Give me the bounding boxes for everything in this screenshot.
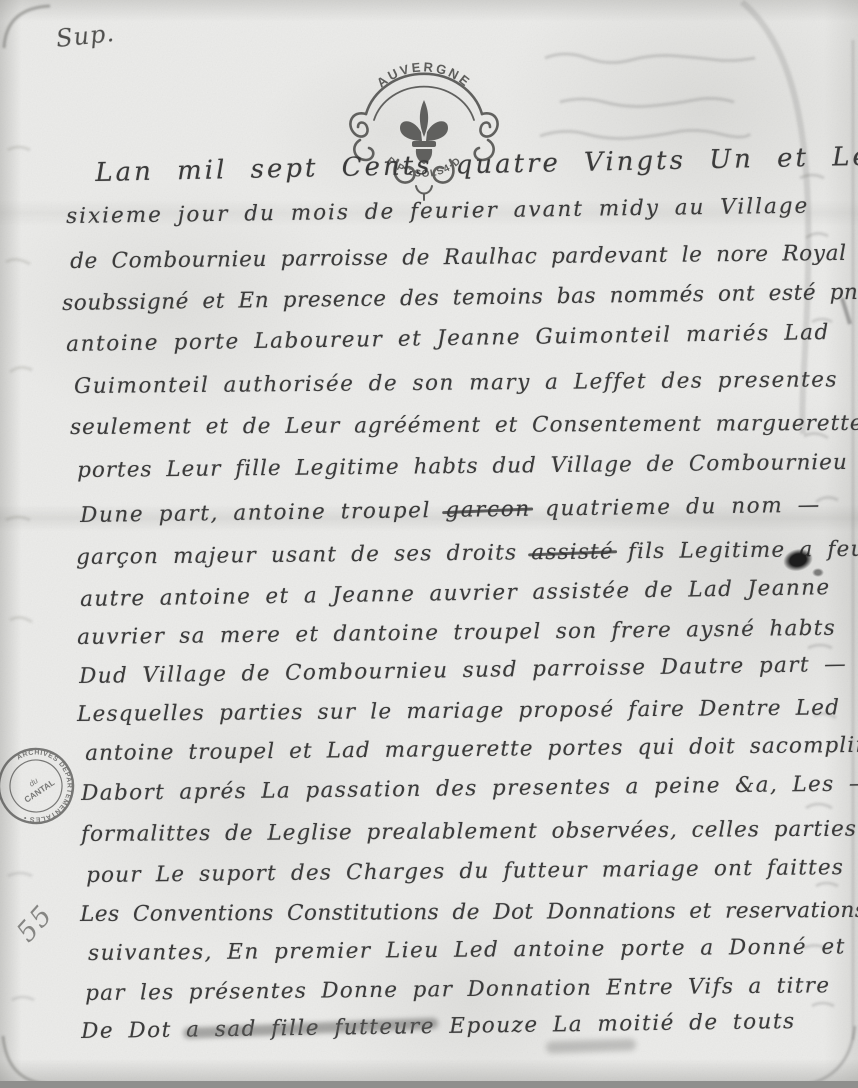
line-text: quatrieme du nom — <box>531 493 821 522</box>
manuscript-line: Dud Village de Combournieu susd parroiss… <box>79 652 847 689</box>
manuscript-line: formalittes de Leglise prealablement obs… <box>81 817 857 847</box>
margin-folio-number: 55 <box>11 899 60 948</box>
scan-edge-bar <box>0 1081 858 1088</box>
manuscript-line: antoine troupel et Lad marguerette porte… <box>85 733 858 766</box>
smudged-struck-phrase: a sad fille futteure <box>186 1014 435 1042</box>
bottom-shadow <box>0 1059 858 1081</box>
document-page: Sup. AUVERGNE <box>0 0 858 1088</box>
manuscript-line: Les Conventions Constitutions de Dot Don… <box>80 898 858 927</box>
manuscript-line: par les présentes Donne par Donnation En… <box>85 973 830 1006</box>
manuscript-line: De Dot a sad fille futteure Epouze La mo… <box>81 1009 796 1044</box>
manuscript-line: Guimonteil authorisée de son mary a Leff… <box>74 367 838 399</box>
manuscript-line: Dabort aprés La passation des presentes … <box>81 771 858 806</box>
manuscript-line: auvrier sa mere et dantoine troupel son … <box>77 616 836 650</box>
ink-blot <box>812 568 824 577</box>
struck-word: garcon <box>445 497 531 523</box>
line-text: fils Legitime a feu <box>614 537 858 565</box>
manuscript-line: autre antoine et a Jeanne auvrier assist… <box>80 575 831 612</box>
manuscript-line: antoine porte Laboureur et Jeanne Guimon… <box>66 320 830 357</box>
manuscript-line: suivantes, En premier Lieu Led antoine p… <box>88 934 846 966</box>
struck-word: assisté <box>531 539 614 565</box>
fiscal-stamp: AUVERGNE P·P·2SOLS4·D <box>344 48 504 206</box>
line-text: Epouze La moitié de touts <box>435 1009 796 1039</box>
corner-register-note: Sup. <box>55 19 116 53</box>
line-text: Dune part, antoine troupel <box>80 498 446 528</box>
manuscript-line: soubssigné et En presence des temoins ba… <box>62 280 858 316</box>
line-text: garçon majeur usant de ses droits <box>76 540 531 570</box>
manuscript-line: pour Le suport des Charges du futteur ma… <box>86 855 844 888</box>
manuscript-line: de Combournieu parroisse de Raulhac pard… <box>70 241 847 274</box>
line-text: De Dot <box>81 1018 186 1044</box>
manuscript-line: portes Leur fille Legitime habts dud Vil… <box>77 450 848 483</box>
manuscript-line: garçon majeur usant de ses droits assist… <box>76 537 858 570</box>
ink-smudge <box>546 1038 636 1053</box>
manuscript-line: seulement et de Leur agréément et Consen… <box>70 411 858 440</box>
manuscript-line: Lesquelles parties sur le mariage propos… <box>77 695 840 727</box>
